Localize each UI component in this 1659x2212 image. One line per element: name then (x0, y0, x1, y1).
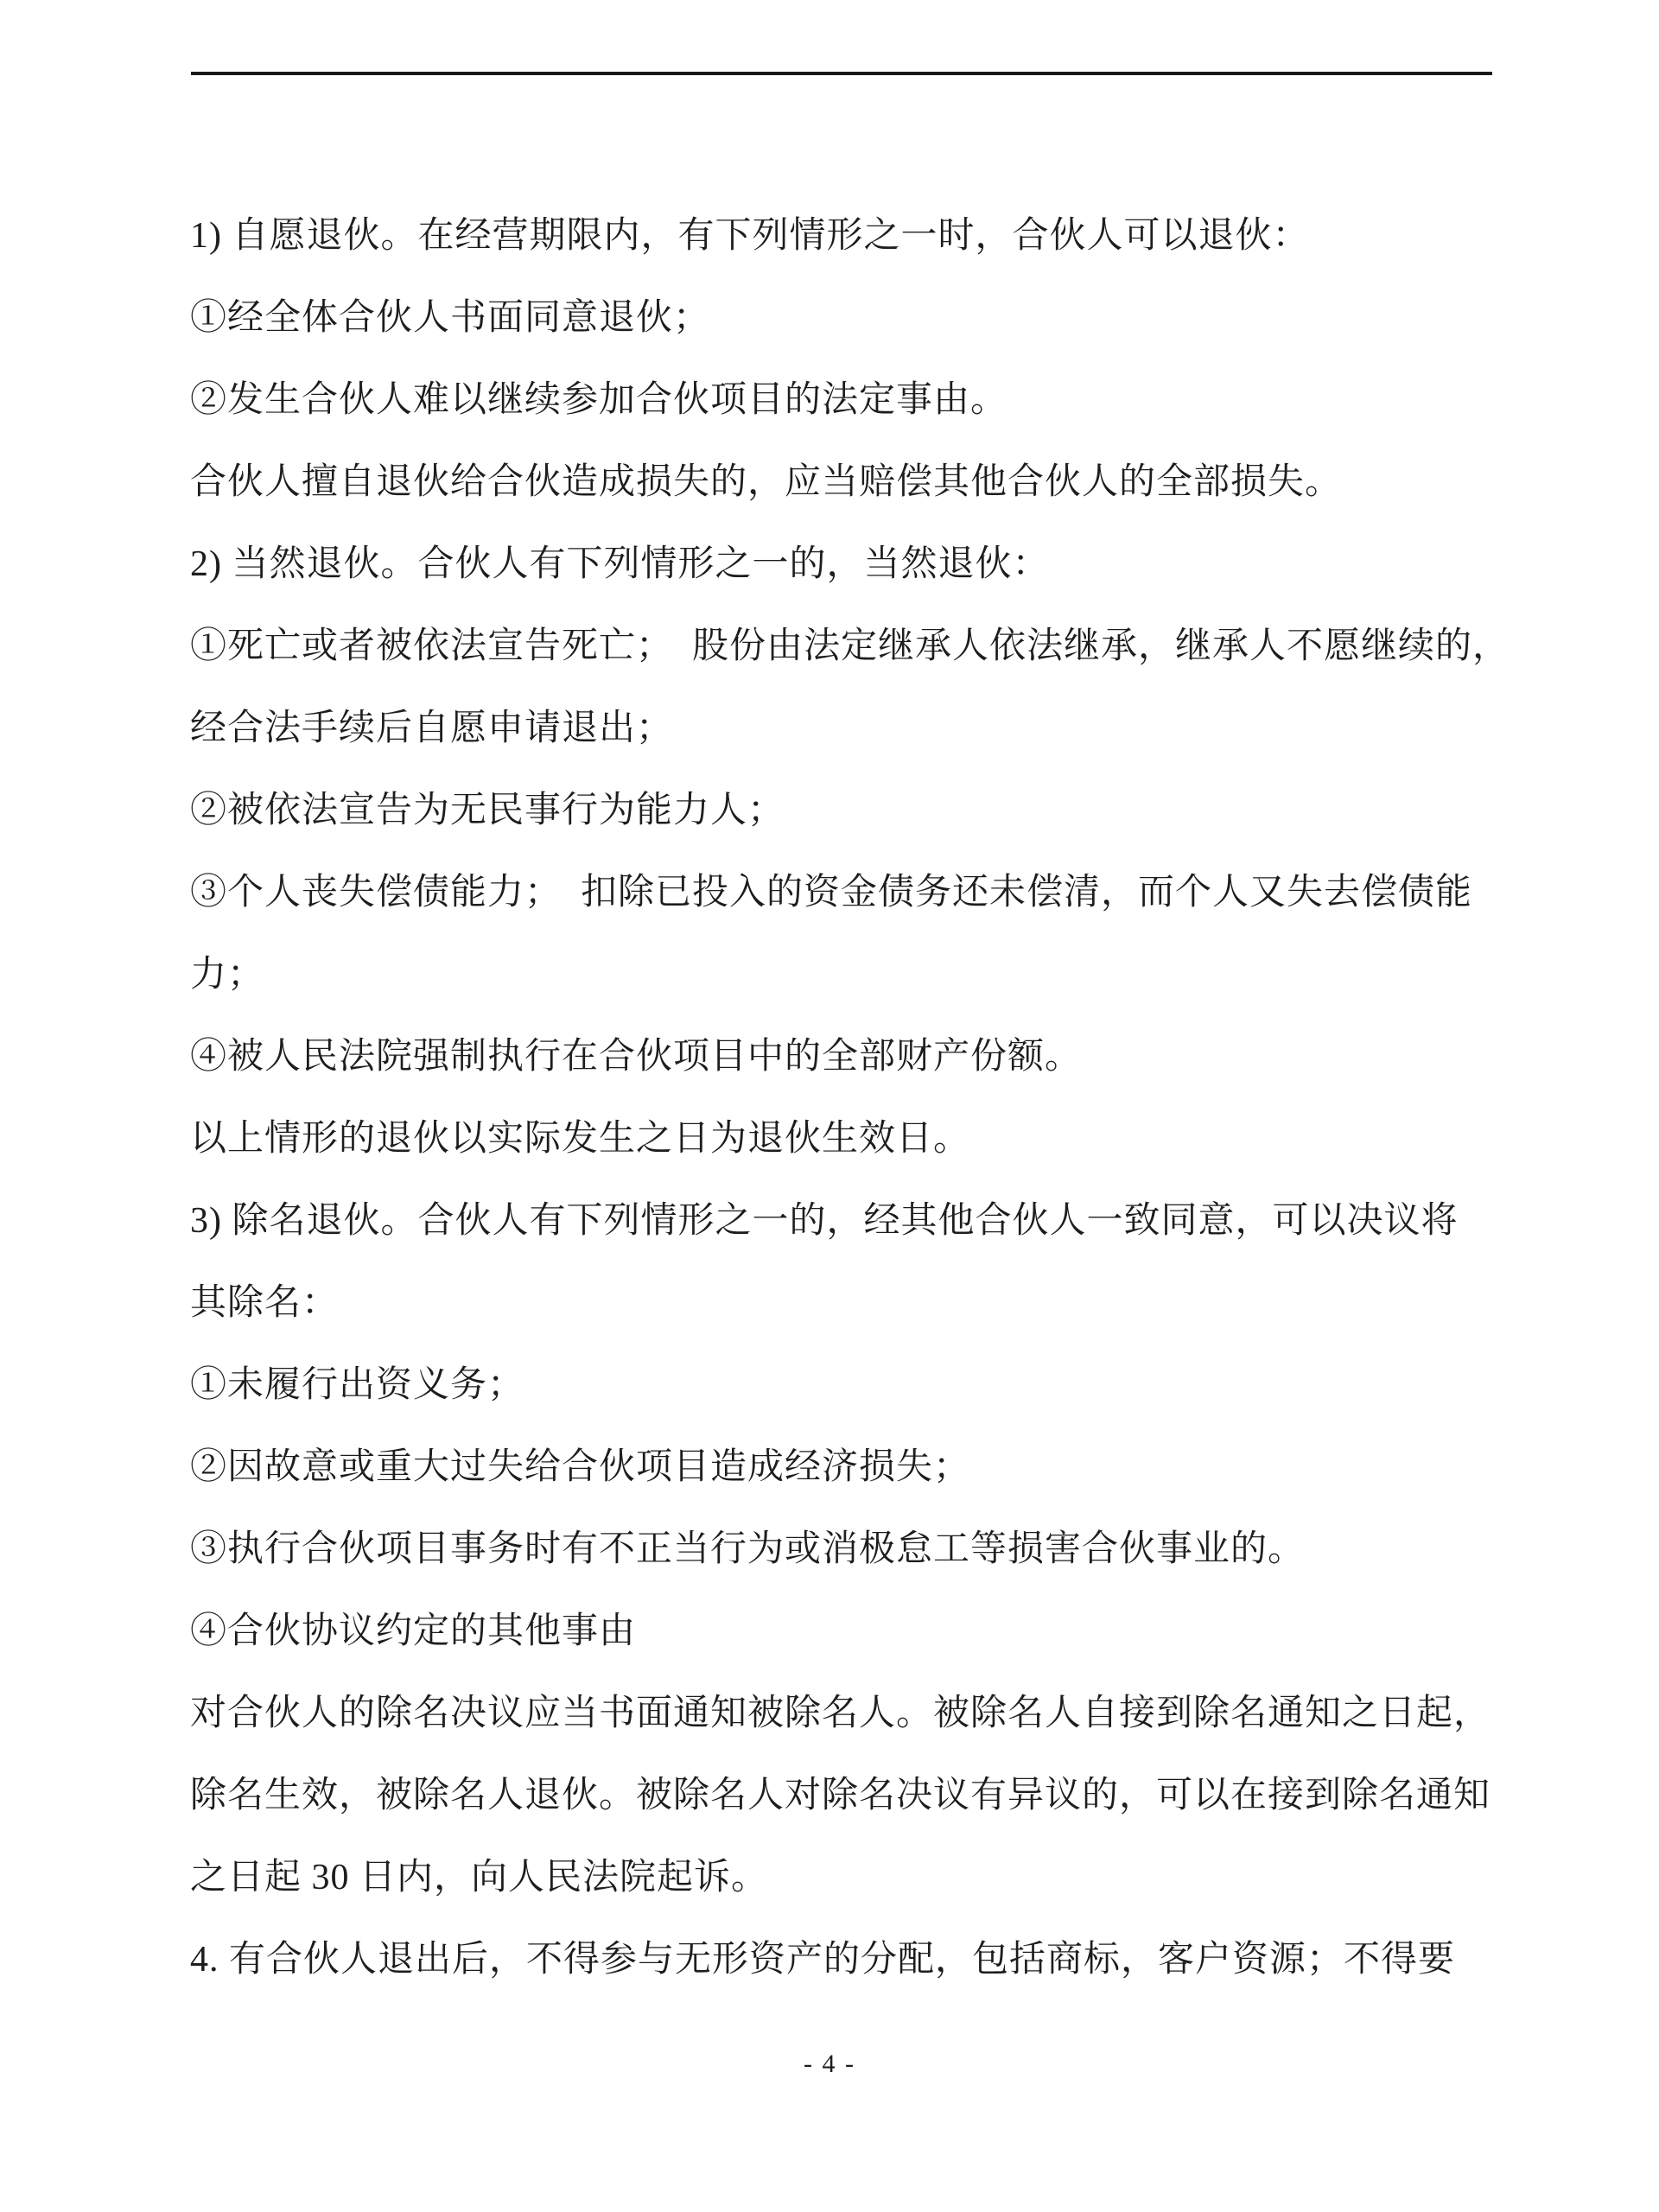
document-line: 除名生效，被除名人退伙。被除名人对除名决议有异议的，可以在接到除名通知 (190, 1751, 1497, 1833)
document-line: ②发生合伙人难以继续参加合伙项目的法定事由。 (190, 355, 1497, 437)
document-line: 1) 自愿退伙。在经营期限内，有下列情形之一时，合伙人可以退伙： (190, 191, 1497, 273)
document-line: 以上情形的退伙以实际发生之日为退伙生效日。 (190, 1094, 1497, 1176)
document-line: ①死亡或者被依法宣告死亡； 股份由法定继承人依法继承，继承人不愿继续的， (190, 601, 1497, 683)
document-line: ④合伙协议约定的其他事由 (190, 1586, 1497, 1669)
document-line: 3) 除名退伙。合伙人有下列情形之一的，经其他合伙人一致同意，可以决议将 (190, 1176, 1497, 1258)
document-body: 1) 自愿退伙。在经营期限内，有下列情形之一时，合伙人可以退伙：①经全体合伙人书… (190, 191, 1497, 1997)
document-line: ②因故意或重大过失给合伙项目造成经济损失； (190, 1422, 1497, 1504)
document-line: 2) 当然退伙。合伙人有下列情形之一的，当然退伙： (190, 519, 1497, 601)
document-line: 之日起 30 日内，向人民法院起诉。 (190, 1833, 1497, 1915)
document-line: ①经全体合伙人书面同意退伙； (190, 273, 1497, 355)
header-rule (191, 72, 1492, 75)
document-line: ④被人民法院强制执行在合伙项目中的全部财产份额。 (190, 1012, 1497, 1094)
document-line: ①未履行出资义务； (190, 1340, 1497, 1422)
page-number: - 4 - (0, 2050, 1659, 2079)
document-line: 其除名： (190, 1258, 1497, 1340)
document-line: ③执行合伙项目事务时有不正当行为或消极怠工等损害合伙事业的。 (190, 1504, 1497, 1586)
document-line: 4. 有合伙人退出后，不得参与无形资产的分配，包括商标，客户资源；不得要 (190, 1915, 1497, 1997)
document-line: ③个人丧失偿债能力； 扣除已投入的资金债务还未偿清，而个人又失去偿债能 (190, 848, 1497, 930)
document-line: 经合法手续后自愿申请退出； (190, 683, 1497, 766)
document-page: 1) 自愿退伙。在经营期限内，有下列情形之一时，合伙人可以退伙：①经全体合伙人书… (0, 0, 1659, 2212)
document-line: 对合伙人的除名决议应当书面通知被除名人。被除名人自接到除名通知之日起， (190, 1669, 1497, 1751)
document-line: 合伙人擅自退伙给合伙造成损失的，应当赔偿其他合伙人的全部损失。 (190, 437, 1497, 519)
document-line: 力； (190, 930, 1497, 1012)
document-line: ②被依法宣告为无民事行为能力人； (190, 766, 1497, 848)
